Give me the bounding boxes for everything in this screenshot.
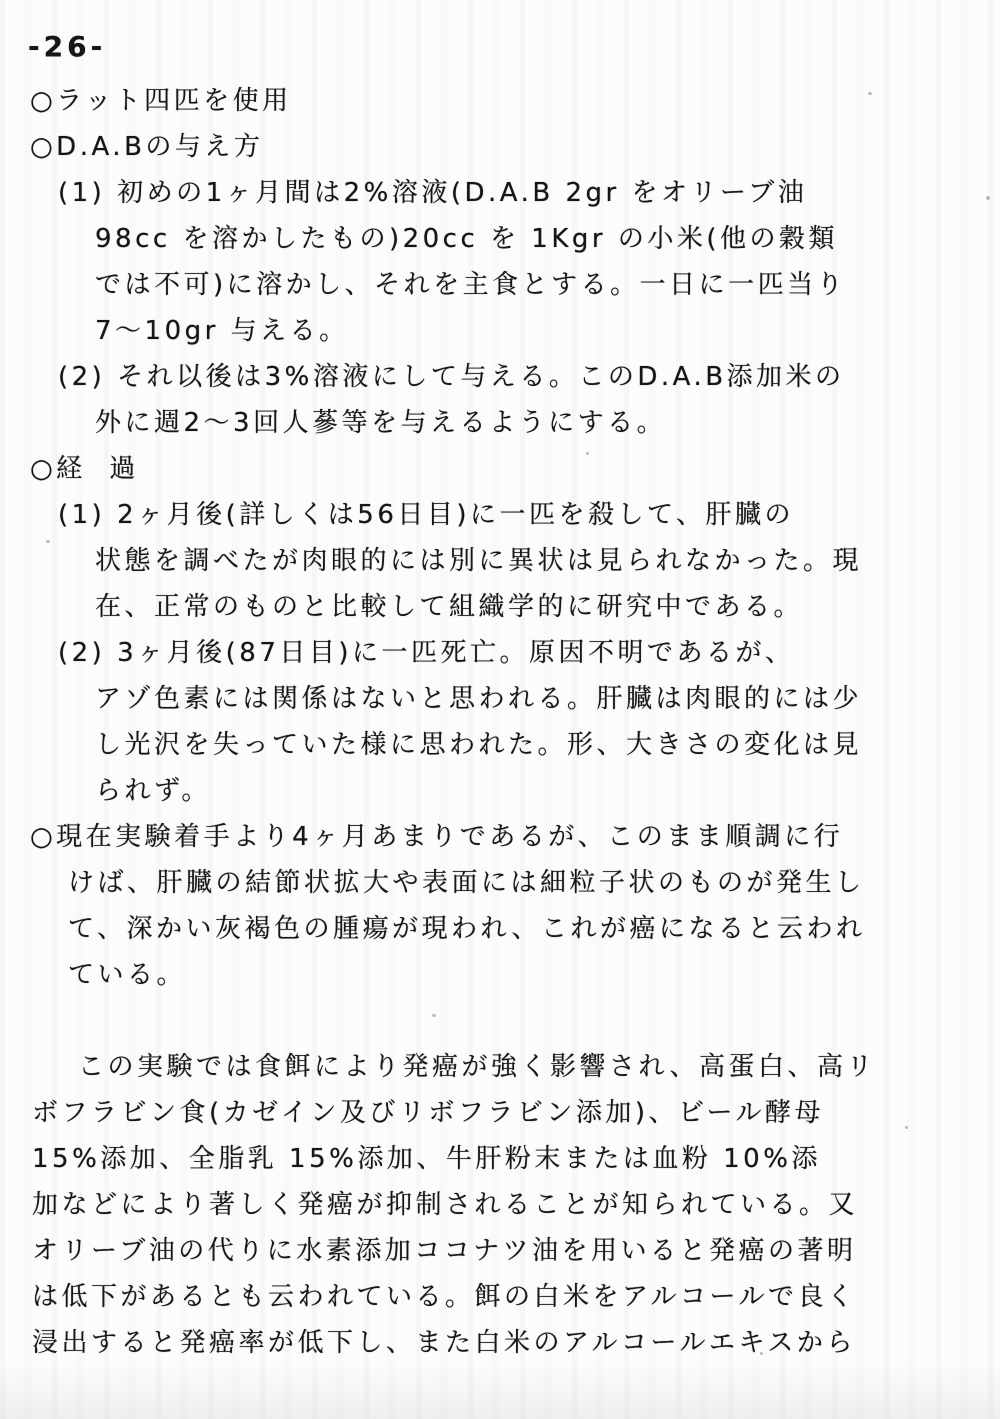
handwritten-line: では不可)に溶かし、それを主食とする。一日に一匹当り xyxy=(0,262,1000,308)
handwritten-line: ている。 xyxy=(0,952,1000,998)
handwritten-line: 7〜10gr 与える。 xyxy=(0,308,1000,354)
handwritten-line: オリーブ油の代りに水素添加ココナツ油を用いると発癌の著明 xyxy=(0,1228,1000,1274)
handwritten-line: て、深かい灰褐色の腫瘍が現われ、これが癌になると云われ xyxy=(0,906,1000,952)
handwritten-line: ○経 過 xyxy=(0,446,1000,492)
handwritten-line: は低下があるとも云われている。餌の白米をアルコールで良く xyxy=(0,1274,1000,1320)
handwritten-line: ○D.A.Bの与え方 xyxy=(0,124,1000,170)
handwritten-line: アゾ色素には関係はないと思われる。肝臓は肉眼的には少 xyxy=(0,676,1000,722)
scan-noise-speck xyxy=(986,196,990,200)
handwritten-line: し光沢を失っていた様に思われた。形、大きさの変化は見 xyxy=(0,722,1000,768)
handwritten-line: この実験では食餌により発癌が強く影響され、高蛋白、高リ xyxy=(0,1044,1000,1090)
handwritten-line: 浸出すると発癌率が低下し、また白米のアルコールエキスから xyxy=(0,1320,1000,1366)
scanned-document-page: -26- ○ラット四匹を使用○D.A.Bの与え方(1) 初めの1ヶ月間は2%溶液… xyxy=(0,0,1000,1419)
page-number: -26- xyxy=(28,30,106,63)
scan-noise-speck xyxy=(586,452,589,455)
handwritten-line: 在、正常のものと比較して組織学的に研究中である。 xyxy=(0,584,1000,630)
handwritten-line: られず。 xyxy=(0,768,1000,814)
scan-noise-speck xyxy=(868,92,872,95)
handwritten-text-body: ○ラット四匹を使用○D.A.Bの与え方(1) 初めの1ヶ月間は2%溶液(D.A.… xyxy=(0,78,1000,1366)
scan-noise-speck xyxy=(905,1126,908,1129)
scan-noise-speck xyxy=(46,540,50,543)
handwritten-line: (2) 3ヶ月後(87日目)に一匹死亡。原因不明であるが、 xyxy=(0,630,1000,676)
handwritten-line: 98cc を溶かしたもの)20cc を 1Kgr の小米(他の穀類 xyxy=(0,216,1000,262)
handwritten-line: 15%添加、全脂乳 15%添加、牛肝粉末または血粉 10%添 xyxy=(0,1136,1000,1182)
handwritten-line: ○ラット四匹を使用 xyxy=(0,78,1000,124)
handwritten-line: 外に週2〜3回人蔘等を与えるようにする。 xyxy=(0,400,1000,446)
handwritten-line: けば、肝臓の結節状拡大や表面には細粒子状のものが発生し xyxy=(0,860,1000,906)
scan-noise-speck xyxy=(760,1352,763,1355)
handwritten-line: 状態を調べたが肉眼的には別に異状は見られなかった。現 xyxy=(0,538,1000,584)
handwritten-line: 加などにより著しく発癌が抑制されることが知られている。又 xyxy=(0,1182,1000,1228)
handwritten-line: (1) 2ヶ月後(詳しくは56日目)に一匹を殺して、肝臓の xyxy=(0,492,1000,538)
scan-noise-speck xyxy=(432,1014,436,1017)
handwritten-line: (2) それ以後は3%溶液にして与える。このD.A.B添加米の xyxy=(0,354,1000,400)
handwritten-line: (1) 初めの1ヶ月間は2%溶液(D.A.B 2gr をオリーブ油 xyxy=(0,170,1000,216)
handwritten-line: ○現在実験着手より4ヶ月あまりであるが、このまま順調に行 xyxy=(0,814,1000,860)
handwritten-line: ボフラビン食(カゼイン及びリボフラビン添加)、ビール酵母 xyxy=(0,1090,1000,1136)
